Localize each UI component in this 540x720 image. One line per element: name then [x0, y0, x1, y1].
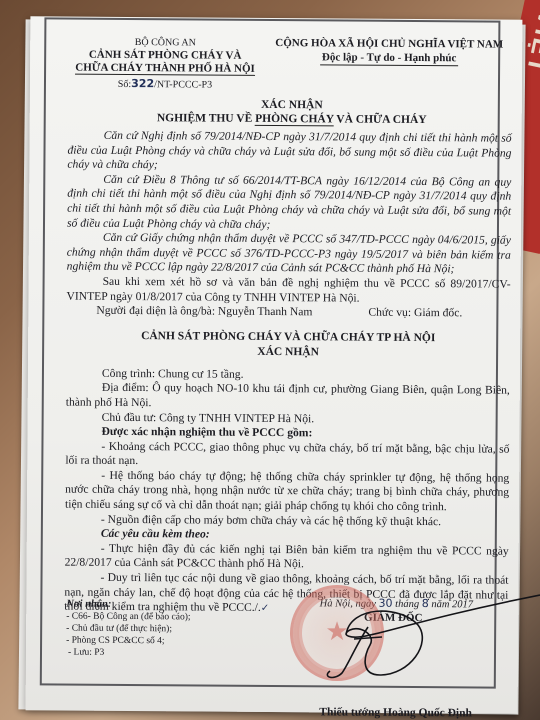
legal-basis-2: Căn cứ Điều 8 Thông tư số 66/2014/TT-BCA… — [67, 172, 511, 233]
project-location: Địa điểm: Ô quy hoạch NO-10 khu tái định… — [66, 381, 510, 413]
signer-name: Thiếu tướng Hoàng Quốc Định — [286, 705, 506, 720]
handwritten-number: 322 — [131, 77, 154, 90]
handwritten-signature — [320, 585, 540, 685]
country-name: CỘNG HÒA XÃ HỘI CHỦ NGHĨA VIỆT NAM — [264, 36, 514, 52]
review-paragraph: Sau khi xem xét hồ sơ và văn bản đề nghị… — [66, 275, 510, 307]
recipient-item: - Lưu: P3 — [66, 647, 266, 660]
national-header: CỘNG HÒA XÃ HỘI CHỦ NGHĨA VIỆT NAM Độc l… — [264, 36, 514, 66]
representative-line: Người đại diện là ông/bà: Nguyễn Thanh N… — [66, 304, 510, 322]
requirement-item-1: - Thực hiện đầy đủ các kiến nghị tại Biê… — [65, 541, 509, 573]
document-title: XÁC NHẬN NGHIỆM THU VỀ PHÒNG CHÁY VÀ CHỮ… — [72, 97, 512, 128]
document-number: Số:322/NT-PCCC-P3 — [60, 77, 270, 93]
legal-basis-3: Căn cứ Giấy chứng nhận thẩm duyệt về PCC… — [67, 231, 511, 278]
accepted-item-2: - Hệ thống báo cháy tự động; hệ thống ch… — [65, 468, 509, 515]
document-body: Căn cứ Nghị định số 79/2014/NĐ-CP ngày 3… — [64, 129, 511, 619]
legal-basis-1: Căn cứ Nghị định số 79/2014/NĐ-CP ngày 3… — [67, 129, 511, 176]
agency-name-line2: CHỮA CHÁY THÀNH PHỐ HÀ NỘI — [75, 62, 255, 76]
representative-position: Chức vụ: Giám đốc. — [368, 306, 462, 320]
national-motto: Độc lập - Tự do - Hạnh phúc — [320, 51, 459, 66]
recipients-block: Nơi nhận: - C66- Bộ Công an (để báo cáo)… — [66, 598, 266, 660]
issuing-agency-header: BỘ CÔNG AN CẢNH SÁT PHÒNG CHÁY VÀ CHỮA C… — [60, 37, 270, 93]
accepted-item-1: - Khoảng cách PCCC, giao thông phục vụ c… — [65, 439, 509, 471]
